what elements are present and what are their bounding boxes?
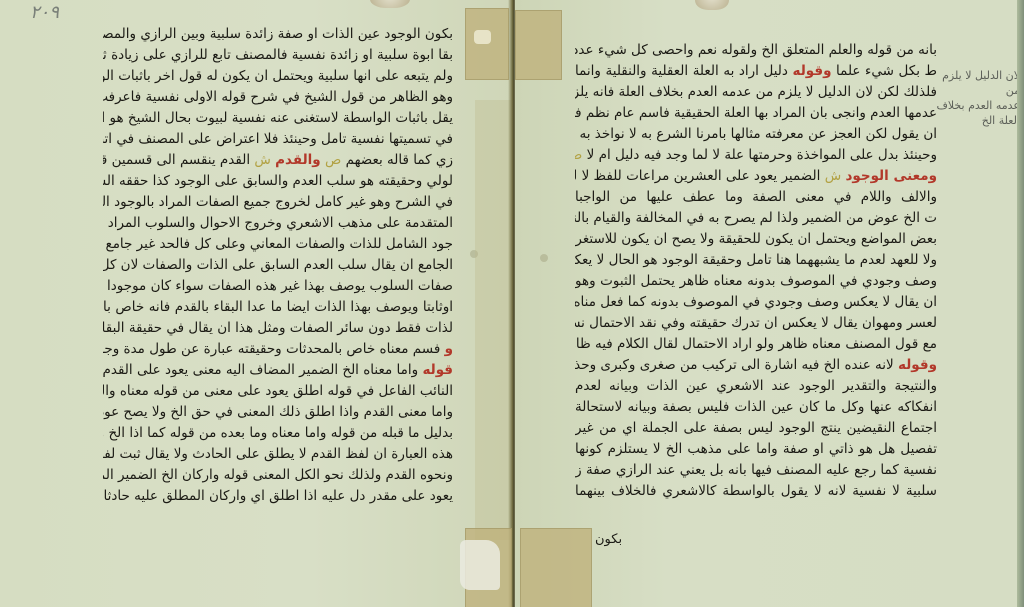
page-edge (1017, 0, 1024, 607)
rubric-heading-wujud: ومعنى الوجود (845, 168, 937, 184)
text-fragment: دليل اراد به العلة العقلية والنقلية وانم… (575, 63, 788, 79)
text-line: لولي وحقيقته هو سلب العدم والسابق على ال… (103, 171, 453, 192)
text-line-with-rubric: قوله واما معناه الخ الضمير المضاف اليه م… (103, 360, 453, 381)
rubric-shin: ش (825, 168, 841, 184)
left-page: ٢٠٩ بكون الوجود عين الذات او صفة زائدة س… (0, 0, 515, 607)
rubric-waw: و (445, 341, 453, 357)
text-line: جود الشامل للذات والصفات المعاني وعلى كل… (103, 234, 453, 255)
text-line-with-rubric: و فسم معناه خاص بالمحدثات وحقيقته عبارة … (103, 339, 453, 360)
rubric-wa-qawluhu: وقوله (793, 63, 832, 79)
repair-tape-top-left (465, 8, 509, 80)
margin-note-line: عدمه العدم بخلاف (930, 98, 1020, 113)
text-line: المتقدمة على مذهب الاشعري وخروج الاحوال … (103, 213, 453, 234)
rubric-qawluhu: قوله (422, 362, 453, 378)
text-fragment: واما معناه الخ الضمير المضاف اليه معنى ي… (103, 362, 418, 378)
right-page-text-block: بانه من قوله والعلم المتعلق الخ ولقوله ن… (575, 40, 937, 502)
text-line: ت الخ عوض من الضمير ولذا لم يصرح به في ا… (575, 208, 937, 229)
rubric-sad: ص (575, 147, 582, 163)
text-line: ولم يتبعه على انها سلبية ويحتمل ان يكون … (103, 66, 453, 87)
text-line: سلبية لا نفسية لانه لا يقول بالواسطة كال… (575, 481, 937, 502)
text-line: ان يقال لا يعكس وصف وجودي في الموصوف بدو… (575, 292, 937, 313)
right-page: بانه من قوله والعلم المتعلق الخ ولقوله ن… (515, 0, 1020, 607)
ink-spot (540, 254, 548, 262)
text-line: في الشرح وهو غير كامل لخروج جميع الصفات … (103, 192, 453, 213)
text-fragment: ط بكل شيء علما (836, 63, 937, 79)
rubric-sad: ص (325, 152, 341, 168)
torn-paper-patch (460, 540, 500, 590)
text-line: في تسميتها نفسية تامل وحينئذ فلا اعتراض … (103, 129, 453, 150)
text-line: النائب الفاعل في قوله اطلق يعود على معنى… (103, 381, 453, 402)
rubric-shin: ش (254, 152, 270, 168)
text-line-with-rubric: وقوله لانه عنده الخ فيه اشارة الى تركيب … (575, 355, 937, 376)
text-line: وصف وجودي في الموصوف بدونه معناه ظاهر يح… (575, 271, 937, 292)
margin-note-line: لان الدليل لا يلزم من (930, 68, 1020, 98)
text-line: اجتماع النقيضين ينتج الوجود ليس بصفة على… (575, 418, 937, 439)
text-line: يعود على مقدر دل عليه اذا اطلق اي واركان… (103, 486, 453, 507)
text-line: الجامع ان يقال سلب العدم السابق على الذا… (103, 255, 453, 276)
text-line: بدليل ما قبله من قوله واما معناه وما بعد… (103, 423, 453, 444)
text-line: اوثابتا ويوصف بهذا الذات ايضا ما عدا الب… (103, 297, 453, 318)
text-line: والالف واللام في معنى الصفة وما عطف عليه… (575, 187, 937, 208)
repair-tape-bottom-right (520, 528, 592, 607)
rubric-heading: والقدم (275, 152, 321, 168)
text-line: والنتيجة والتقدير الوجود عند الاشعري عين… (575, 376, 937, 397)
text-line-with-rubric: ومعنى الوجود ش الضمير يعود على العشرين م… (575, 166, 937, 187)
text-line: نفسية كما رجع عليه المصنف فيها بانه بل ي… (575, 460, 937, 481)
text-line: بانه من قوله والعلم المتعلق الخ ولقوله ن… (575, 40, 937, 61)
text-line: لذات فقط دون سائر الصفات ومثل هذا ان يقا… (103, 318, 453, 339)
rubric-wa-qawluhu: وقوله (898, 357, 937, 373)
repair-tape-top-right (515, 10, 562, 80)
catchword: بكون (595, 532, 622, 547)
folio-number: ٢٠٩ (30, 2, 59, 23)
text-line-with-rubric: زي كما قاله بعضهم ص والقدم ش القدم ينقسم… (103, 150, 453, 171)
margin-note: لان الدليل لا يلزم من عدمه العدم بخلاف ا… (930, 68, 1020, 128)
text-line: واما معنى القدم واذا اطلق ذلك المعنى في … (103, 402, 453, 423)
text-line: انفكاكه عنها وكل ما كان عين الذات فليس ب… (575, 397, 937, 418)
text-fragment: وحينئذ بدل على المواخذة وحرمتها علة لا ل… (587, 147, 937, 163)
text-line: صفات السلوب يوصف بهذا غير هذه الصفات سوا… (103, 276, 453, 297)
text-line-with-rubric: ط بكل شيء علما وقوله دليل اراد به العلة … (575, 61, 937, 82)
margin-note-line: العلة الخ (930, 113, 1020, 128)
text-line: لعسر ومهوان يقال لا يعكس ان تدرك حقيقته … (575, 313, 937, 334)
text-line: مع قول المصنف معناه ظاهر ولو اراد الاحتم… (575, 334, 937, 355)
text-fragment: فسم معناه خاص بالمحدثات وحقيقته عبارة عن… (103, 341, 440, 357)
text-line: هذه العبارة ان لفظ القدم لا يطلق على الح… (103, 444, 453, 465)
text-line: فلذلك لكن لان الدليل لا يلزم من عدمه الع… (575, 82, 937, 103)
text-line: تفصيل هل هو ذاتي او صفة واما على مذهب ال… (575, 439, 937, 460)
text-line-with-rubric: وحينئذ بدل على المواخذة وحرمتها علة لا ل… (575, 145, 937, 166)
text-line: ان يقول لكن العجز عن معرفته مثالها بامرن… (575, 124, 937, 145)
manuscript-spread: ٢٠٩ بكون الوجود عين الذات او صفة زائدة س… (0, 0, 1024, 607)
text-line: وهو الظاهر من قول الشيخ في شرح قوله الاو… (103, 87, 453, 108)
text-line: عدمها العدم وانجى بان المراد بها العلة ا… (575, 103, 937, 124)
text-fragment: لانه عنده الخ فيه اشارة الى تركيب من صغر… (575, 357, 894, 373)
text-line: بكون الوجود عين الذات او صفة زائدة سلبية… (103, 24, 453, 45)
text-line: يقل باثبات الواسطة لاستغنى عنه نفسية لبي… (103, 108, 453, 129)
text-line: ولا للعهد لعدم ما يشبههما هنا تامل وحقيق… (575, 250, 937, 271)
text-line: بقا ابوة سلبية او زائدة نفسية فالمصنف تا… (103, 45, 453, 66)
left-page-text-block: بكون الوجود عين الذات او صفة زائدة سلبية… (103, 24, 453, 507)
text-line: ونحوه القدم ولذلك نحو الكل المعنى قوله و… (103, 465, 453, 486)
text-fragment: الضمير يعود على العشرين مراعات للفظ لا ل… (575, 168, 820, 184)
text-fragment: القدم ينقسم الى قسمين قسم خاص با (103, 152, 250, 168)
text-line: بعض المواضع ويحتمل ان يكون للحقيقة ولا ي… (575, 229, 937, 250)
text-fragment: زي كما قاله بعضهم (346, 152, 453, 168)
